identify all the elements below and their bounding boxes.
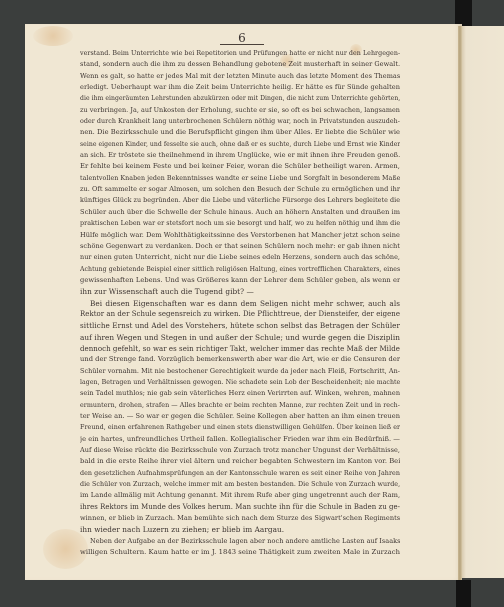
text-line: Achtung gebietende Beispiel einer sittli… <box>80 264 400 275</box>
text-line: stand, sondern auch die ihm zu dessen Be… <box>80 59 400 70</box>
text-line: Wenn es galt, so hatte er jedes Mal mit … <box>80 71 400 82</box>
text-line: zu verbringen. Ja, auf Unkosten der Erho… <box>80 105 400 116</box>
text-line: schöne Gegenwart zu verdanken. Doch er t… <box>80 241 400 252</box>
text-line: an sich. Er tröstete sie theilnehmend in… <box>80 150 400 161</box>
text-line: oder durch Krankheit lang unterbrochenen… <box>80 116 400 127</box>
page-number: 6 <box>227 31 257 45</box>
text-line: verstand. Beim Unterrichte wie bei Repet… <box>80 48 400 59</box>
text-line: Er fehlte bei keinem Feste und bei keine… <box>80 161 400 172</box>
text-line: ihn zur Wissenschaft auch die Tugend gib… <box>80 286 400 297</box>
text-line: die ihm eingeräumten Lehrstunden abzukür… <box>80 93 400 104</box>
text-line: ermuntern, drohen, strafen — Alles brach… <box>80 400 400 411</box>
text-line: lagen, Betragen und Verhältnissen gewoge… <box>80 377 400 388</box>
text-line: Freund, einen erfahrenen Rathgeber und e… <box>80 422 400 433</box>
text-line: je ein hartes, unfreundliches Urtheil fa… <box>80 434 400 445</box>
text-line: den gesetzlichen Aufnahmsprüfungen an de… <box>80 468 400 479</box>
book-spine-bottom <box>456 580 471 607</box>
text-line: die Schüler von Zurzach, welche immer mi… <box>80 479 400 490</box>
text-line: bald in die erste Reihe ihrer viel älter… <box>80 456 400 467</box>
body-text: verstand. Beim Unterrichte wie bei Repet… <box>80 48 400 558</box>
text-line: nen. Die Bezirksschule und die Berufspfl… <box>80 127 400 138</box>
text-line: Schüler auch über die Schwelle der Schul… <box>80 207 400 218</box>
text-line: dennoch gefehlt, so war es sein richtige… <box>80 343 400 354</box>
text-line: erledigt. Ueberhaupt war ihm die Zeit be… <box>80 82 400 93</box>
book-spine-top <box>455 0 472 26</box>
text-line: praktischen Leben war er stetsfort noch … <box>80 218 400 229</box>
text-line: sittliche Ernst und Adel des Vorstehers,… <box>80 320 400 331</box>
text-line: sein Tadel muthlos; nie gab sein väterli… <box>80 388 400 399</box>
text-line: Rektor an der Schule segensreich zu wirk… <box>80 309 400 320</box>
text-line: nur einen guten Unterricht, nicht nur di… <box>80 252 400 263</box>
text-line: Hülfe möglich war. Dem Wohlthätigkeitssi… <box>80 230 400 241</box>
text-line: Neben der Aufgabe an der Bezirksschule l… <box>80 536 400 547</box>
text-line: seine eigenen Kinder, und fesselte sie a… <box>80 139 400 150</box>
text-line: auf ihren Wegen und Stegen in und außer … <box>80 332 400 343</box>
text-line: willigen Schultern. Kaum hatte er im J. … <box>80 547 400 558</box>
page-gutter <box>458 26 462 580</box>
text-line: Auf diese Weise rückte die Bezirksschule… <box>80 445 400 456</box>
text-line: winnen, er blieb in Zurzach. Man bemühte… <box>80 513 400 524</box>
text-line: künftiges Glück zu begründen. Aber die L… <box>80 195 400 206</box>
text-line: ihn wieder nach Luzern zu ziehen; er bli… <box>80 524 400 535</box>
text-line: Bei diesen Eigenschaften war es dann dem… <box>80 298 400 309</box>
text-line: ter Weise an. — So war er gegen die Schü… <box>80 411 400 422</box>
page-number-rule <box>220 44 264 45</box>
text-line: im Lande allmälig mit Achtung genannt. M… <box>80 490 400 501</box>
text-line: Schüler vornahm. Mit nie bestochener Ger… <box>80 366 400 377</box>
text-line: ihres Rektors im Munde des Volkes herum.… <box>80 502 400 513</box>
text-line: gewissenhaften Lebens. Und was Größeres … <box>80 275 400 286</box>
text-line: zu. Oft sammelte er sogar Almosen, um so… <box>80 184 400 195</box>
paper-stain <box>33 26 73 46</box>
text-line: talentvollen Knaben jeden Bekenntnisses … <box>80 173 400 184</box>
text-line: und der Strenge fand. Vorzüglich bemerke… <box>80 354 400 365</box>
facing-page-edge <box>462 26 504 578</box>
